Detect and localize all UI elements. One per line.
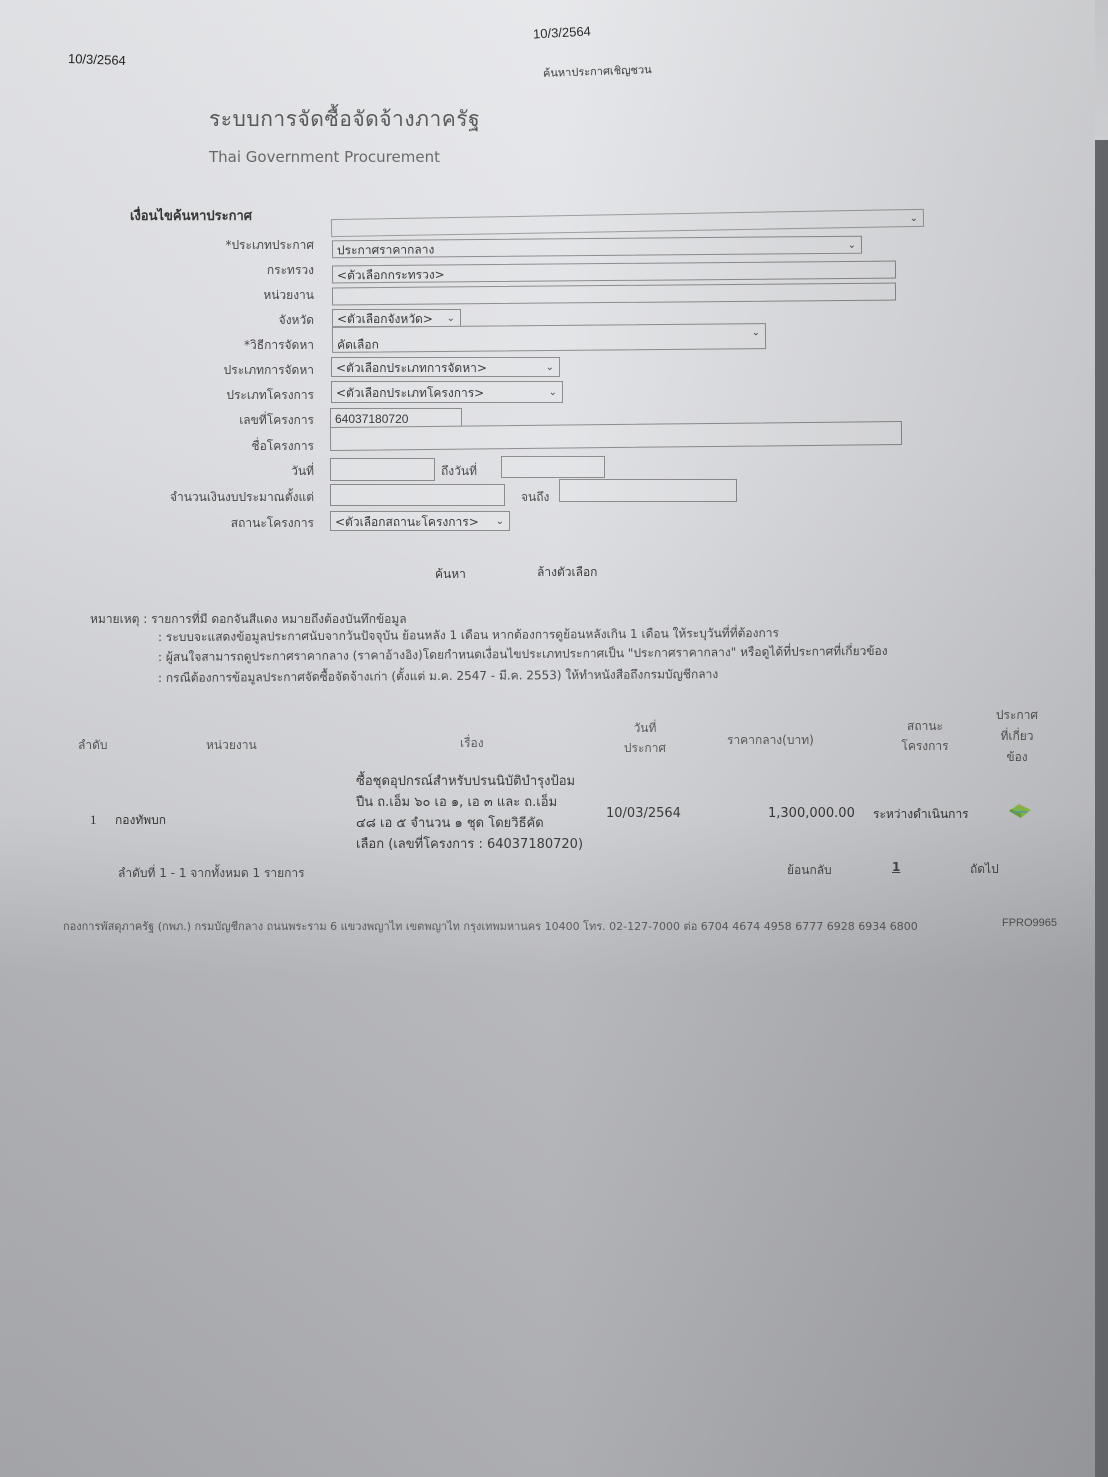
- date-from-label: วันที่: [114, 462, 314, 481]
- document-stack-icon[interactable]: [1007, 802, 1033, 820]
- search-section-title: เงื่อนไขค้นหาประกาศ: [130, 205, 252, 226]
- project-type-value: <ตัวเลือกประเภทโครงการ>: [336, 386, 484, 400]
- project-name-label: ชื่อโครงการ: [114, 437, 314, 456]
- footer-address: กองการพัสดุภาครัฐ (กพภ.) กรมบัญชีกลาง ถน…: [63, 917, 918, 935]
- search-button[interactable]: ค้นหา: [435, 565, 466, 584]
- col-agency: หน่วยงาน: [206, 735, 257, 755]
- chevron-down-icon: ⌄: [909, 210, 918, 228]
- project-status-label: สถานะโครงการ: [114, 514, 314, 533]
- prev-page-link[interactable]: ย้อนกลับ: [787, 861, 832, 880]
- project-no-label: เลขที่โครงการ: [114, 411, 314, 430]
- chevron-down-icon: ⌄: [751, 324, 760, 342]
- col-announce-date: วันที่ ประกาศ: [610, 718, 680, 758]
- announce-type-label: *ประเภทประกาศ: [114, 236, 314, 255]
- col-status-line1: สถานะ: [890, 716, 960, 736]
- budget-to-input[interactable]: [559, 479, 737, 502]
- row-subject[interactable]: ซื้อชุดอุปกรณ์สำหรับปรนนิบัติบำรุงป้อม ป…: [356, 771, 616, 855]
- province-value: <ตัวเลือกจังหวัด>: [337, 312, 433, 326]
- date-to-label: ถึงวันที่: [441, 462, 477, 481]
- chevron-down-icon: ⌄: [848, 237, 857, 255]
- subject-line: ซื้อชุดอุปกรณ์สำหรับปรนนิบัติบำรุงป้อม: [356, 771, 616, 792]
- budget-from-input[interactable]: [330, 484, 505, 506]
- budget-from-label: จำนวนเงินงบประมาณตั้งแต่: [114, 488, 314, 507]
- project-no-value: 64037180720: [335, 412, 408, 426]
- note-old-data: : กรณีต้องการข้อมูลประกาศจัดซื้อจัดจ้างเ…: [158, 665, 718, 688]
- announce-type-value: ประกาศราคากลาง: [337, 242, 434, 257]
- chevron-down-icon: ⌄: [496, 512, 504, 531]
- ministry-label: กระทรวง: [114, 261, 314, 280]
- project-type-select[interactable]: <ตัวเลือกประเภทโครงการ>⌄: [331, 381, 563, 403]
- province-label: จังหวัด: [114, 311, 314, 330]
- ministry-value: <ตัวเลือกกระทรวง>: [337, 267, 445, 282]
- col-related: ประกาศ ที่เกี่ยว ข้อง: [985, 705, 1049, 768]
- procure-method-label: *วิธีการจัดหา: [114, 336, 314, 355]
- row-seq: 1: [90, 812, 97, 828]
- province-select[interactable]: <ตัวเลือกจังหวัด>⌄: [332, 309, 461, 327]
- col-status-line2: โครงการ: [890, 736, 960, 756]
- agency-label: หน่วยงาน: [114, 286, 314, 305]
- procure-method-value: คัดเลือก: [337, 337, 379, 351]
- row-announce-date: 10/03/2564: [606, 806, 681, 821]
- col-subject: เรื่อง: [460, 733, 484, 753]
- chevron-down-icon: ⌄: [447, 310, 455, 327]
- row-agency: กองทัพบก: [115, 811, 166, 830]
- col-related-line2: ที่เกี่ยว: [985, 726, 1049, 747]
- print-date: 10/3/2564: [68, 51, 126, 68]
- col-date-line1: วันที่: [610, 718, 680, 738]
- page-link-current[interactable]: 1: [892, 860, 900, 874]
- subject-line: ๔๘ เอ ๕ จำนวน ๑ ชุด โดยวิธีคัด: [356, 813, 616, 834]
- project-type-label: ประเภทโครงการ: [114, 386, 314, 405]
- results-summary: ลำดับที่ 1 - 1 จากทั้งหมด 1 รายการ: [118, 864, 305, 883]
- subject-line: ปืน ถ.เอ็ม ๖๐ เอ ๑, เอ ๓ และ ถ.เอ็ม: [356, 792, 616, 813]
- row-price: 1,300,000.00: [768, 806, 855, 821]
- col-status: สถานะ โครงการ: [890, 716, 960, 756]
- col-related-line1: ประกาศ: [985, 705, 1049, 726]
- back-page-date: 10/3/2564: [533, 23, 592, 41]
- col-related-line3: ข้อง: [985, 747, 1049, 768]
- subject-line: เลือก (เลขที่โครงการ : 64037180720): [356, 834, 616, 855]
- procure-method-select[interactable]: คัดเลือก⌄: [332, 323, 766, 353]
- print-page-title: ค้นหาประกาศเชิญชวน: [543, 60, 652, 82]
- system-title-en: Thai Government Procurement: [209, 148, 440, 166]
- chevron-down-icon: ⌄: [549, 382, 557, 403]
- next-page-link[interactable]: ถัดไป: [970, 860, 999, 879]
- col-date-line2: ประกาศ: [610, 738, 680, 758]
- project-status-select[interactable]: <ตัวเลือกสถานะโครงการ>⌄: [330, 511, 510, 531]
- chevron-down-icon: ⌄: [546, 358, 554, 377]
- clear-button[interactable]: ล้างตัวเลือก: [537, 563, 597, 582]
- date-to-input[interactable]: [501, 456, 605, 478]
- project-status-value: <ตัวเลือกสถานะโครงการ>: [335, 515, 479, 529]
- col-price: ราคากลาง(บาท): [727, 730, 814, 750]
- procure-type-label: ประเภทการจัดหา: [114, 361, 314, 380]
- system-title-th: ระบบการจัดซื้อจัดจ้างภาครัฐ: [209, 103, 480, 136]
- budget-to-label: จนถึง: [521, 488, 549, 507]
- footer-page-code: FPRO9965: [1002, 917, 1057, 929]
- procure-type-select[interactable]: <ตัวเลือกประเภทการจัดหา>⌄: [331, 357, 560, 377]
- row-status: ระหว่างดำเนินการ: [873, 805, 969, 824]
- col-seq: ลำดับ: [78, 735, 108, 755]
- date-from-input[interactable]: [330, 458, 435, 481]
- procure-type-value: <ตัวเลือกประเภทการจัดหา>: [336, 361, 487, 375]
